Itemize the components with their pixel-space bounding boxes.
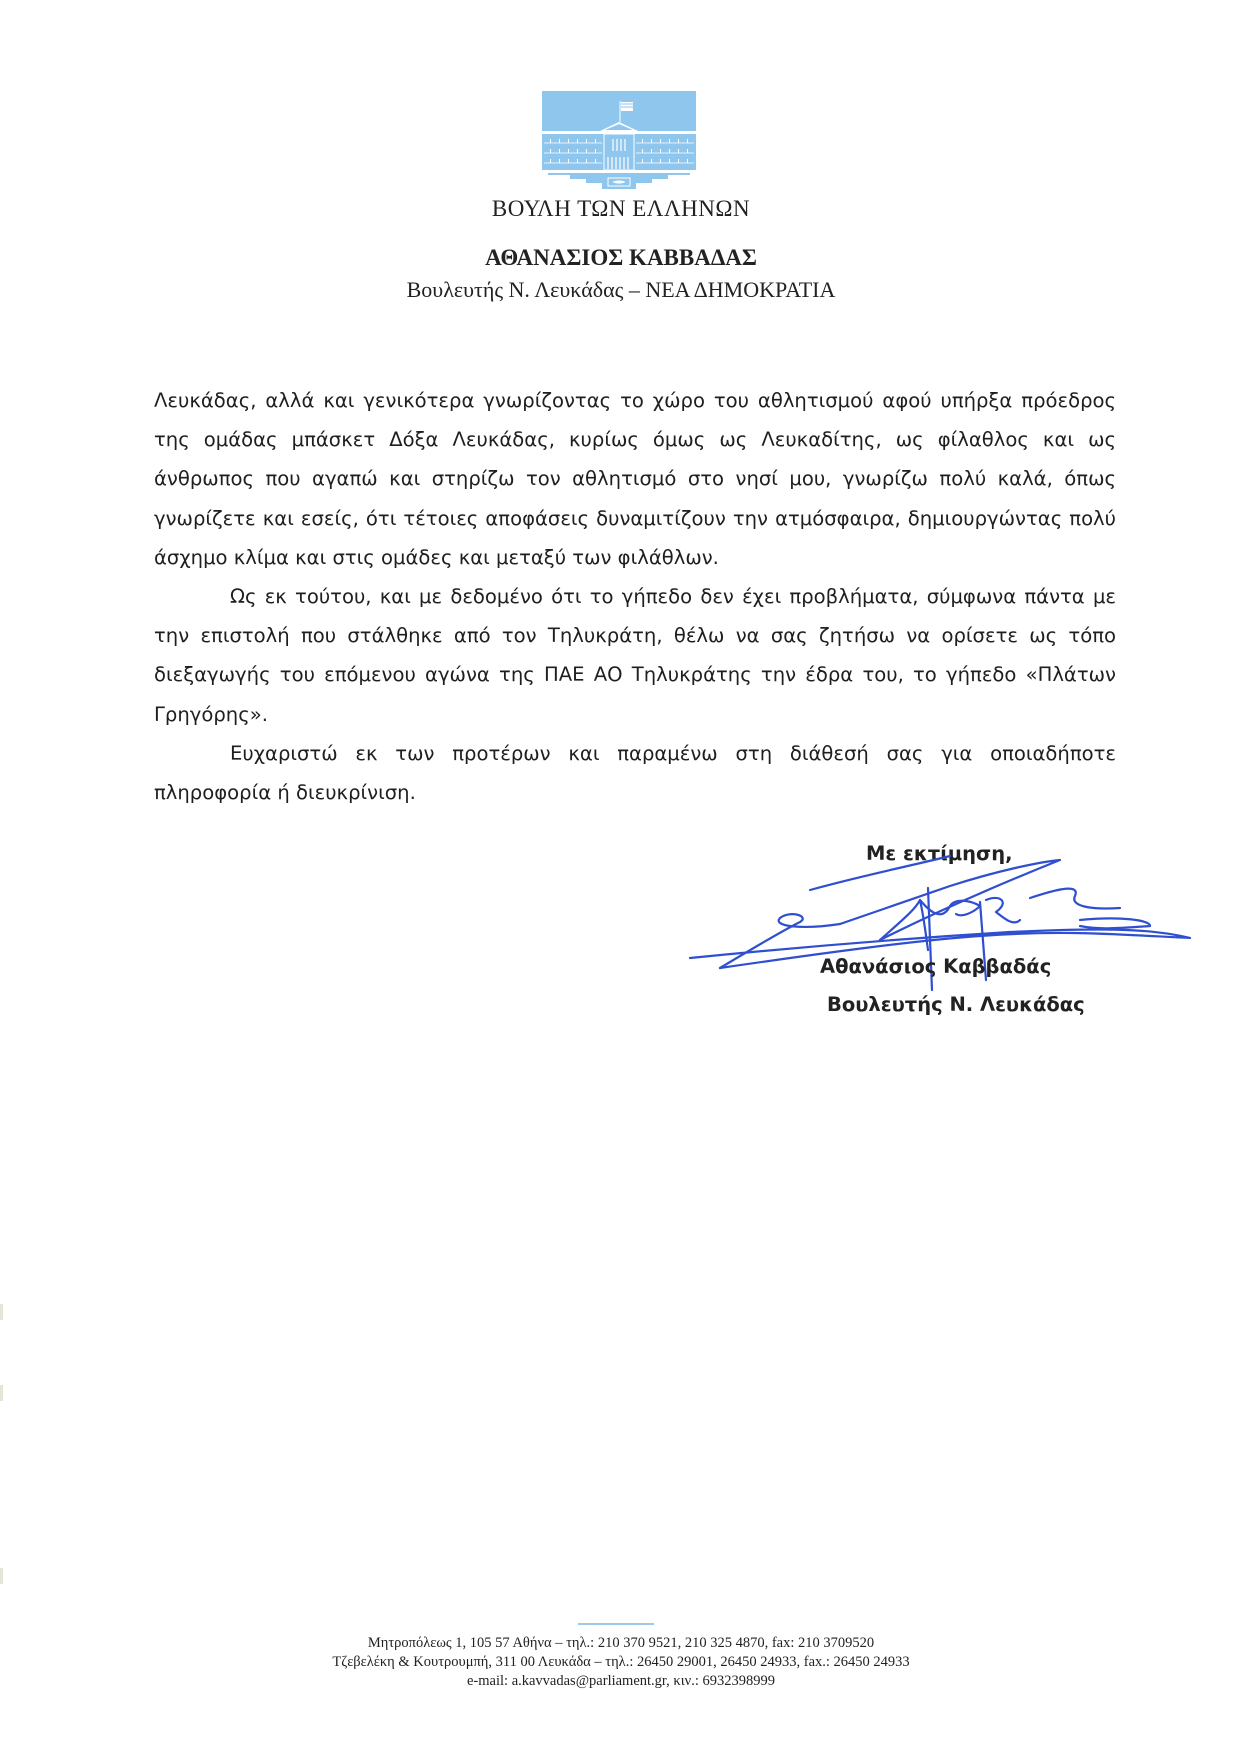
hellenic-parliament-logo-icon	[542, 91, 696, 189]
scan-edge-mark	[0, 1568, 3, 1584]
letter-body: Λευκάδας, αλλά και γενικότερα γνωρίζοντα…	[154, 381, 1116, 812]
signer-title: Βουλευτής Ν. Λευκάδας	[827, 993, 1085, 1016]
member-role: Βουλευτής Ν. Λευκάδας – ΝΕΑ ΔΗΜΟΚΡΑΤΙΑ	[0, 277, 1242, 303]
scan-edge-mark	[0, 1385, 3, 1401]
organization-name: ΒΟΥΛΗ ΤΩΝ ΕΛΛΗΝΩΝ	[0, 196, 1242, 222]
footer-contact: Μητροπόλεως 1, 105 57 Αθήνα – τηλ.: 210 …	[0, 1634, 1242, 1691]
member-name: ΑΘΑΝΑΣΙΟΣ ΚΑΒΒΑΔΑΣ	[0, 245, 1242, 271]
footer-lefkada-address: Τζεβελέκη & Κουτρουμπή, 311 00 Λευκάδα –…	[0, 1653, 1242, 1672]
footer-divider	[578, 1623, 654, 1625]
footer-athens-address: Μητροπόλεως 1, 105 57 Αθήνα – τηλ.: 210 …	[0, 1634, 1242, 1653]
letter-page: ΒΟΥΛΗ ΤΩΝ ΕΛΛΗΝΩΝ ΑΘΑΝΑΣΙΟΣ ΚΑΒΒΑΔΑΣ Βου…	[0, 0, 1242, 1753]
body-paragraph: Λευκάδας, αλλά και γενικότερα γνωρίζοντα…	[154, 381, 1116, 577]
footer-email-mobile: e-mail: a.kavvadas@parliament.gr, κιν.: …	[0, 1672, 1242, 1691]
body-paragraph: Ευχαριστώ εκ των προτέρων και παραμένω σ…	[154, 734, 1116, 812]
signer-name: Αθανάσιος Καββαδάς	[820, 955, 1051, 978]
body-paragraph: Ως εκ τούτου, και με δεδομένο ότι το γήπ…	[154, 577, 1116, 734]
scan-edge-mark	[0, 1304, 3, 1320]
